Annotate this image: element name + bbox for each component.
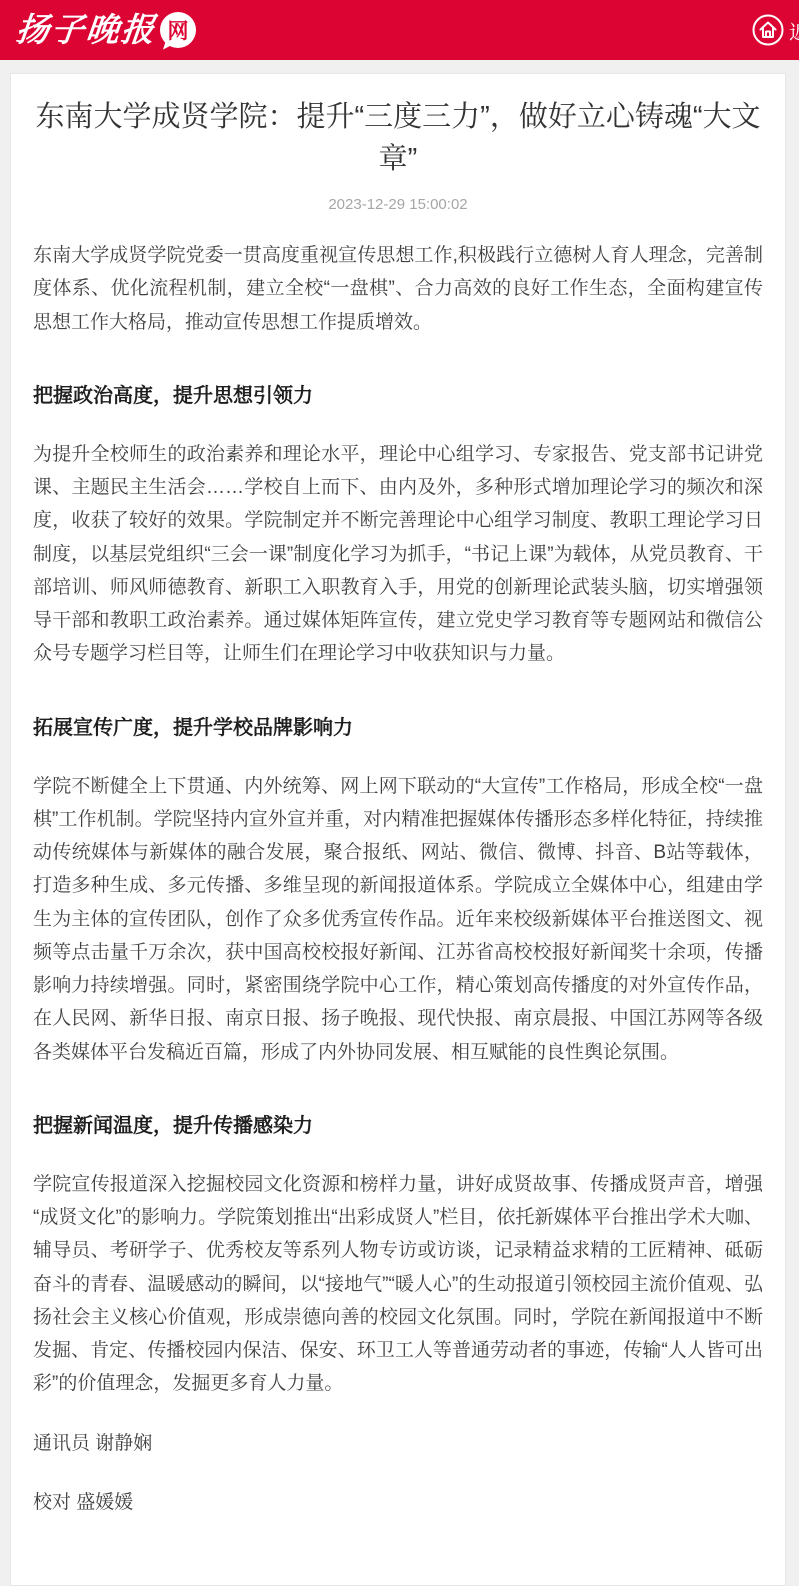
section-heading-2: 拓展宣传广度，提升学校品牌影响力 bbox=[33, 711, 763, 740]
proofreader-line: 校对 盛媛媛 bbox=[33, 1486, 763, 1519]
site-header: 扬子晚报 网 返回 bbox=[0, 0, 799, 60]
home-link-label: 返回 bbox=[789, 16, 799, 45]
site-logo-badge: 网 bbox=[160, 12, 196, 48]
section-paragraph-3: 学院宣传报道深入挖掘校园文化资源和榜样力量，讲好成贤故事、传播成贤声音，增强“成… bbox=[33, 1168, 763, 1401]
home-icon bbox=[752, 14, 784, 46]
article-intro-paragraph: 东南大学成贤学院党委一贯高度重视宣传思想工作,积极践行立德树人育人理念，完善制度… bbox=[33, 239, 763, 339]
article-body: 东南大学成贤学院党委一贯高度重视宣传思想工作,积极践行立德树人育人理念，完善制度… bbox=[33, 239, 763, 1519]
site-logo[interactable]: 扬子晚报 网 bbox=[16, 8, 196, 52]
section-heading-3: 把握新闻温度，提升传播感染力 bbox=[33, 1109, 763, 1138]
section-paragraph-2: 学院不断健全上下贯通、内外统筹、网上网下联动的“大宣传”工作格局，形成全校“一盘… bbox=[33, 770, 763, 1069]
article-date: 2023-12-29 15:00:02 bbox=[33, 196, 763, 213]
home-link[interactable]: 返回 bbox=[752, 14, 799, 46]
section-heading-1: 把握政治高度，提升思想引领力 bbox=[33, 379, 763, 408]
site-logo-text: 扬子晚报 bbox=[14, 8, 159, 52]
correspondent-line: 通讯员 谢静娴 bbox=[33, 1427, 763, 1460]
article-card: 东南大学成贤学院：提升“三度三力”，做好立心铸魂“大文章” 2023-12-29… bbox=[10, 73, 786, 1586]
section-paragraph-1: 为提升全校师生的政治素养和理论水平，理论中心组学习、专家报告、党支部书记讲党课、… bbox=[33, 438, 763, 671]
article-title: 东南大学成贤学院：提升“三度三力”，做好立心铸魂“大文章” bbox=[33, 96, 763, 180]
